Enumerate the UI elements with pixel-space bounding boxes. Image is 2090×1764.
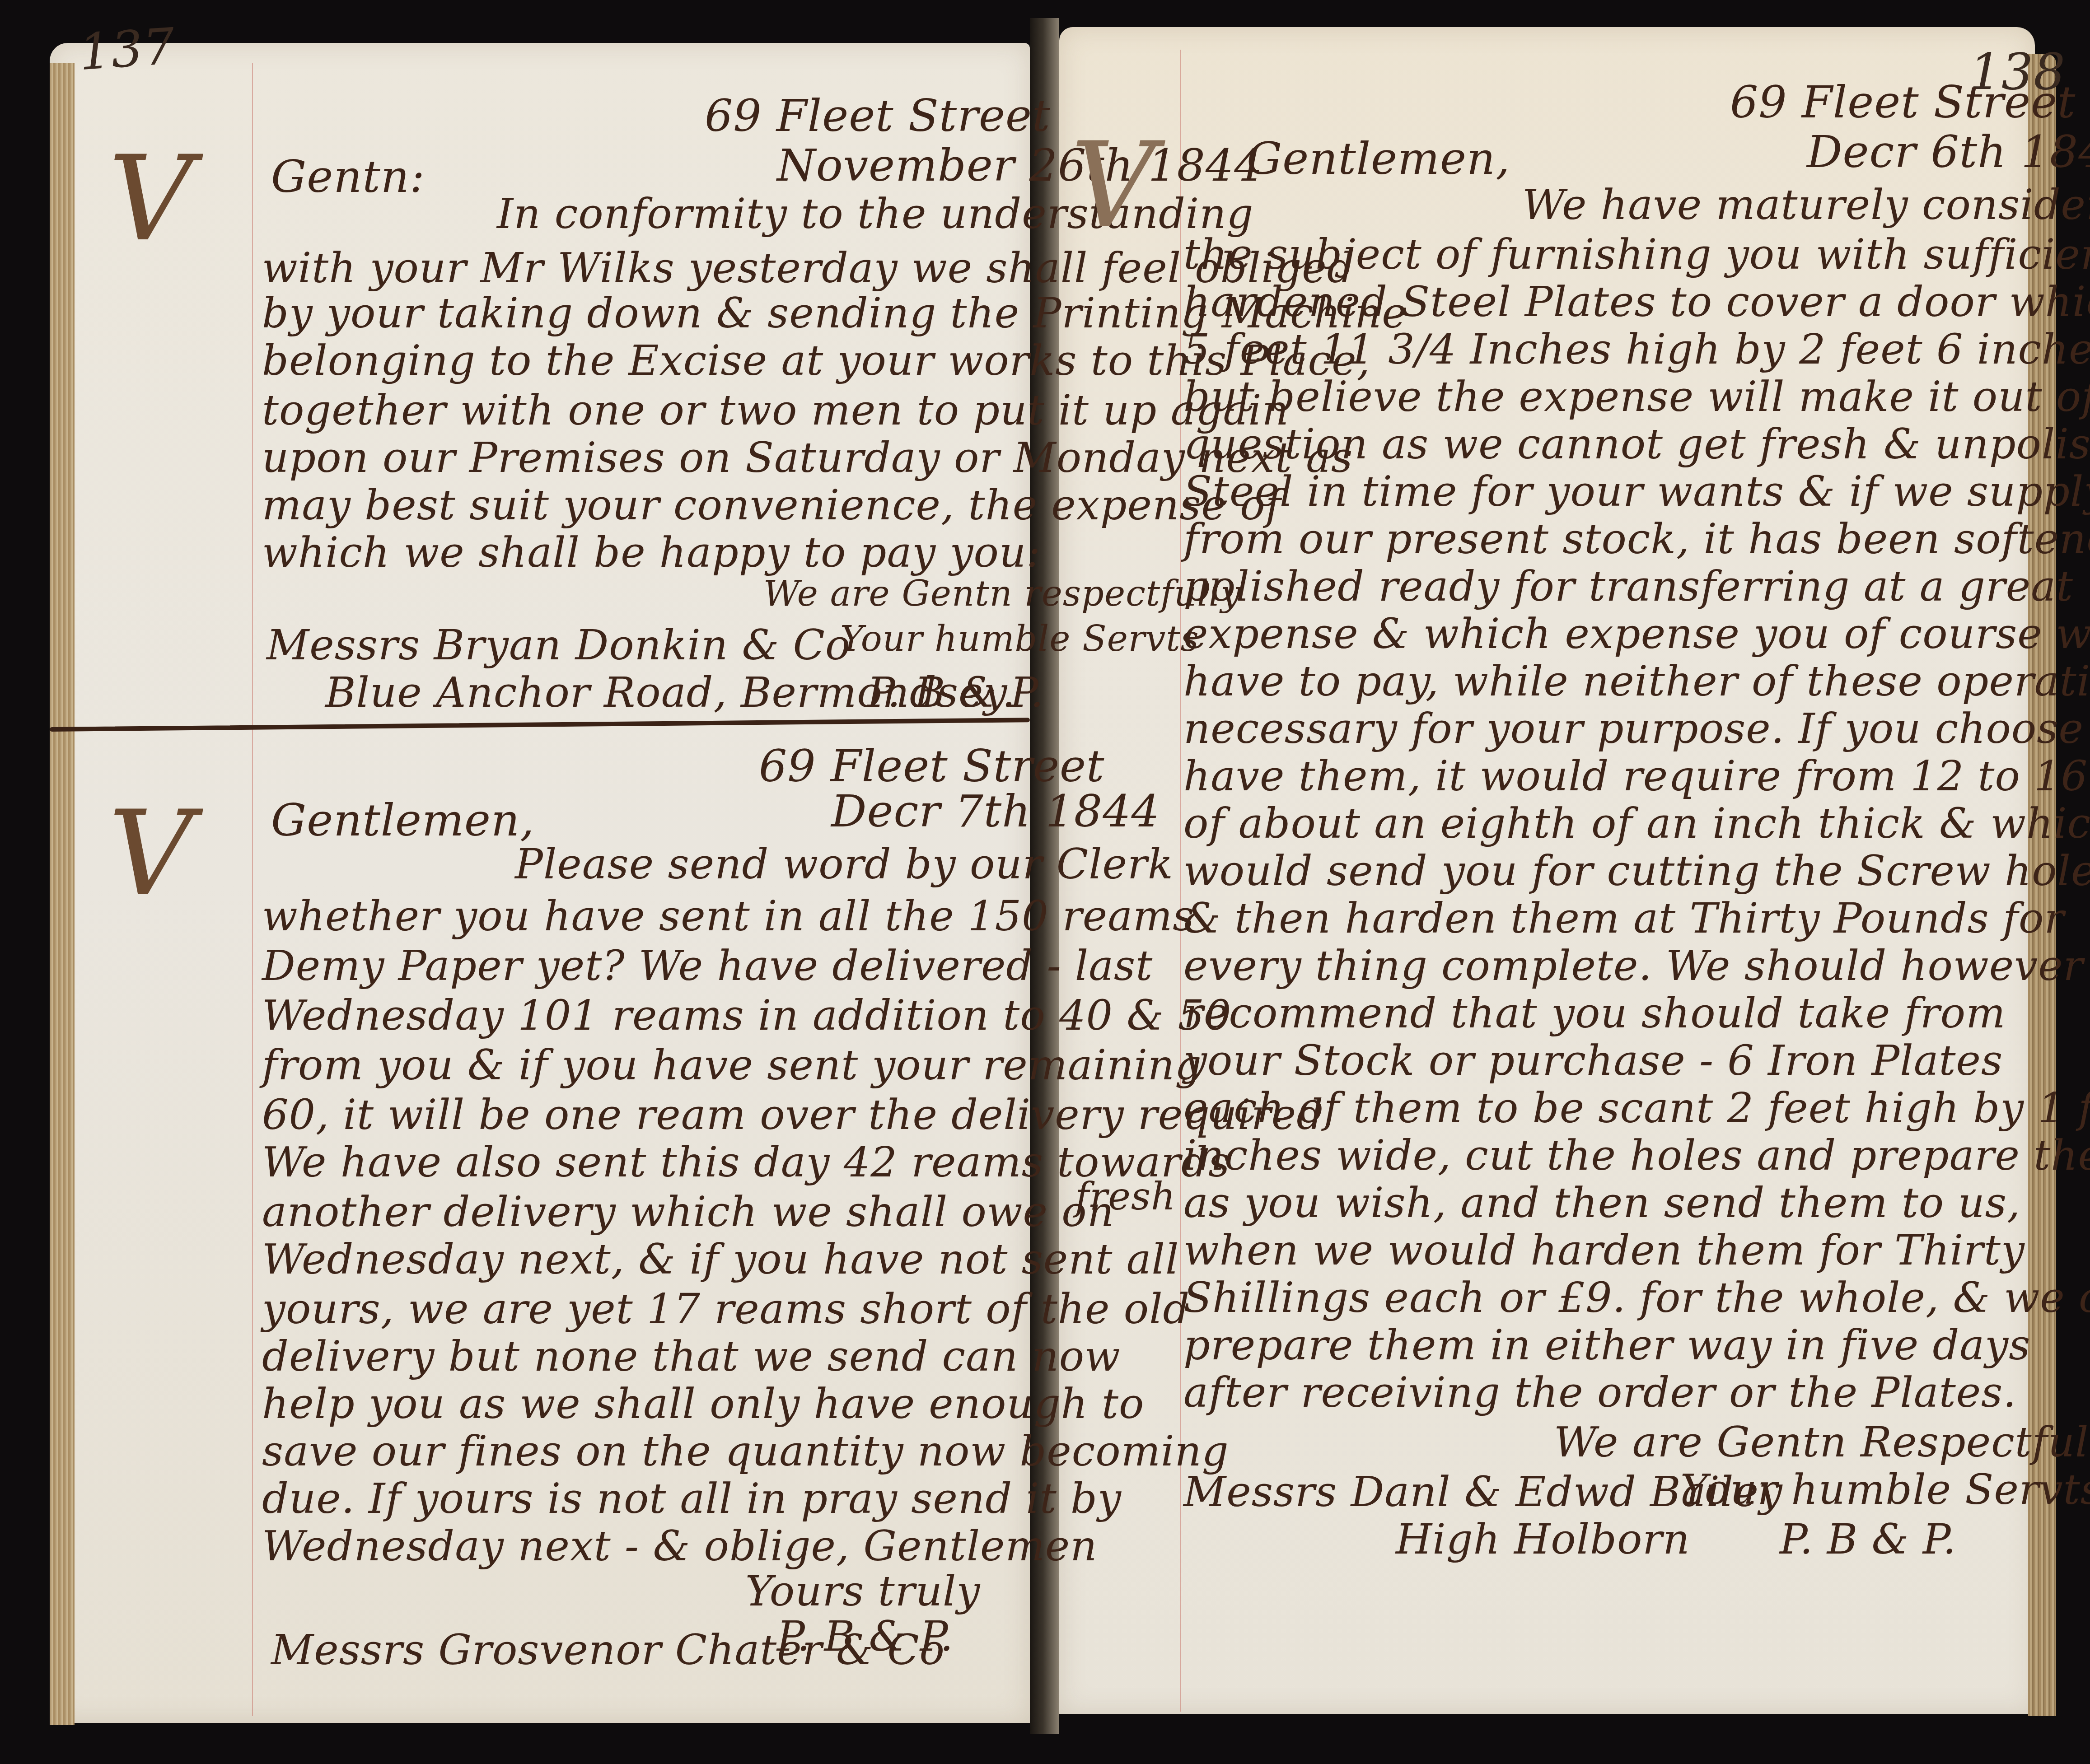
letter-recipient-address: High Holborn bbox=[1396, 1515, 1690, 1563]
body-line: the subject of furnishing you with suffi… bbox=[1183, 230, 2090, 279]
body-line: have to pay, while neither of these oper… bbox=[1183, 657, 2090, 705]
letter-salutation: Gentn: bbox=[271, 151, 425, 203]
body-line: & then harden them at Thirty Pounds for bbox=[1183, 894, 2064, 943]
body-line: necessary for your purpose. If you choos… bbox=[1183, 705, 2090, 753]
body-line: your Stock or purchase - 6 Iron Plates bbox=[1183, 1036, 2003, 1085]
margin-note: fresh bbox=[1075, 1174, 1176, 1218]
left-margin-rule bbox=[252, 63, 253, 1716]
body-line: Wednesday next - & oblige, Gentlemen bbox=[262, 1522, 1097, 1570]
body-line: Wednesday 101 reams in addition to 40 & … bbox=[262, 991, 1231, 1040]
body-line: 5 feet 11 3/4 Inches high by 2 feet 6 in… bbox=[1183, 325, 2090, 373]
left-fore-edge bbox=[50, 63, 75, 1725]
letter-date: Decr 7th 1844 bbox=[831, 786, 1160, 837]
body-line: as you wish, and then send them to us, bbox=[1183, 1179, 2020, 1227]
body-line: Demy Paper yet? We have delivered - last bbox=[262, 942, 1153, 990]
body-line: another delivery which we shall owe on bbox=[262, 1188, 1114, 1236]
letter-closing: We are Gentn respectfully bbox=[763, 574, 1241, 614]
body-line: delivery but none that we send can now bbox=[262, 1332, 1121, 1381]
letter-date: November 26th 1844 bbox=[777, 140, 1263, 191]
check-mark-icon: V bbox=[108, 786, 194, 922]
body-line: polished ready for transferring at a gre… bbox=[1183, 562, 2073, 611]
body-line: whether you have sent in all the 150 rea… bbox=[262, 892, 1194, 940]
page-number-left: 137 bbox=[77, 17, 177, 82]
letter-recipient: Messrs Danl & Edwd Bailey bbox=[1183, 1468, 1783, 1516]
body-line: Shillings each or £9. for the whole, & w… bbox=[1183, 1274, 2090, 1322]
body-line: when we would harden them for Thirty bbox=[1183, 1226, 2025, 1274]
letter-signature: P. B & P. bbox=[1780, 1515, 1956, 1563]
letter-closing: Yours truly bbox=[745, 1567, 980, 1615]
body-line: yours, we are yet 17 reams short of the … bbox=[262, 1285, 1190, 1333]
body-line: due. If yours is not all in pray send it… bbox=[262, 1475, 1122, 1523]
body-line: recommend that you should take from bbox=[1183, 989, 2006, 1037]
body-line: every thing complete. We should however bbox=[1183, 942, 2084, 990]
check-mark-icon: V bbox=[108, 131, 194, 267]
body-line: help you as we shall only have enough to bbox=[262, 1380, 1144, 1428]
body-line: together with one or two men to put it u… bbox=[262, 386, 1289, 434]
letter-address: 69 Fleet Street bbox=[759, 741, 1104, 792]
body-line: We have maturely considered bbox=[1522, 181, 2090, 229]
letter-salutation: Gentlemen, bbox=[271, 795, 534, 846]
body-line: prepare them in either way in five days bbox=[1183, 1321, 2030, 1369]
letter-address: 69 Fleet Street bbox=[705, 90, 1050, 142]
body-line: question as we cannot get fresh & unpoli… bbox=[1183, 420, 2090, 468]
body-line: but believe the expense will make it out… bbox=[1183, 373, 2090, 421]
letter-salutation: Gentlemen, bbox=[1247, 133, 1510, 185]
letter-signature: P. B & P. bbox=[867, 668, 1044, 717]
check-mark-icon: V bbox=[1071, 117, 1156, 254]
body-line: Steel in time for your wants & if we sup… bbox=[1183, 467, 2090, 516]
body-line: of about an eighth of an inch thick & wh… bbox=[1183, 799, 2090, 848]
letter-closing: Your humble Servts bbox=[840, 619, 1199, 659]
body-line: would send you for cutting the Screw hol… bbox=[1183, 847, 2090, 895]
body-line: Please send word by our Clerk bbox=[515, 840, 1174, 888]
body-line: save our fines on the quantity now becom… bbox=[262, 1427, 1229, 1475]
body-line: which we shall be happy to pay you: bbox=[262, 528, 1041, 577]
letter-closing: We are Gentn Respectfully bbox=[1554, 1418, 2090, 1466]
body-line: expense & which expense you of course wo… bbox=[1183, 610, 2090, 658]
body-line: inches wide, cut the holes and prepare t… bbox=[1183, 1131, 2090, 1180]
letter-recipient: Messrs Bryan Donkin & Co bbox=[267, 621, 851, 669]
letter-date: Decr 6th 1844. bbox=[1807, 126, 2090, 178]
body-line: hardened Steel Plates to cover a door wh… bbox=[1183, 278, 2090, 326]
letter-address: 69 Fleet Street bbox=[1730, 77, 2076, 128]
body-line: from you & if you have sent your remaini… bbox=[262, 1041, 1202, 1089]
body-line: each of them to be scant 2 feet high by … bbox=[1183, 1084, 2090, 1132]
body-line: have them, it would require from 12 to 1… bbox=[1183, 752, 2090, 800]
body-line: Wednesday next, & if you have not sent a… bbox=[262, 1235, 1179, 1283]
body-line: 60, it will be one ream over the deliver… bbox=[262, 1091, 1323, 1139]
body-line: from our present stock, it has been soft… bbox=[1183, 515, 2090, 563]
body-line: may best suit your convenience, the expe… bbox=[262, 481, 1281, 529]
body-line: after receiving the order or the Plates. bbox=[1183, 1368, 2017, 1417]
letter-recipient: Messrs Grosvenor Chater & Co bbox=[271, 1626, 945, 1674]
